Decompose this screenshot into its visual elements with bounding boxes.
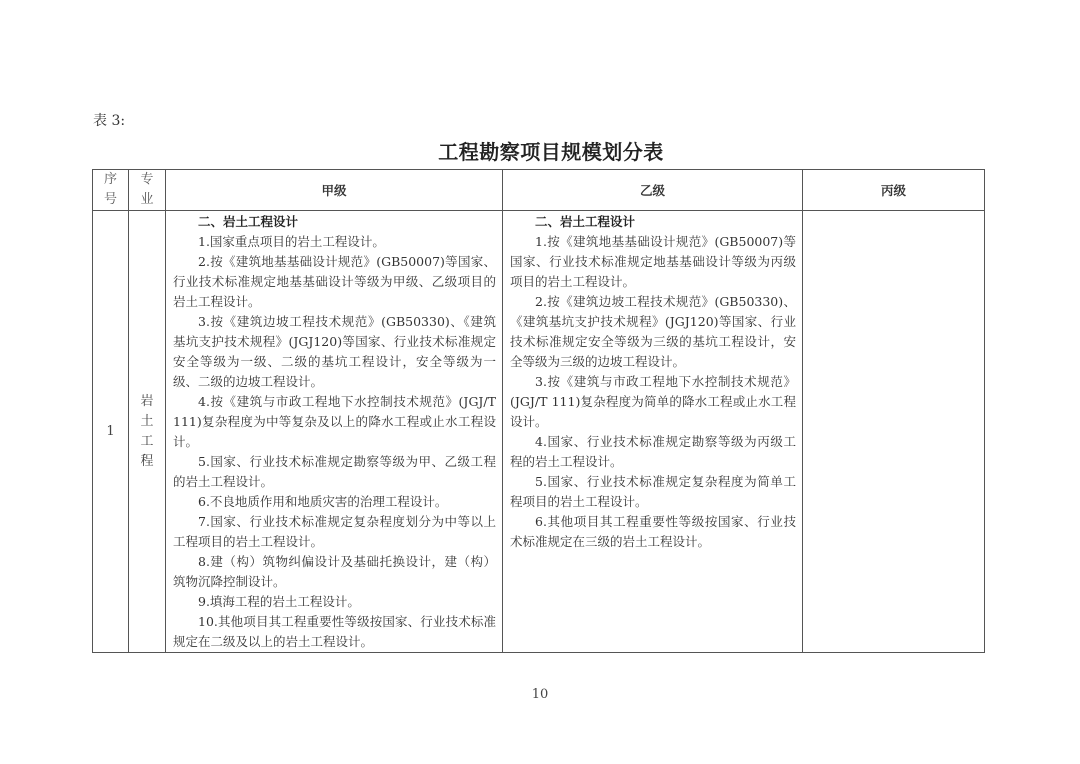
grade-a-item: 5.国家、行业技术标准规定勘察等级为甲、乙级工程的岩土工程设计。: [173, 452, 496, 492]
grade-b-item: 4.国家、行业技术标准规定勘察等级为丙级工程的岩土工程设计。: [510, 432, 796, 472]
header-specialty-label: 专业: [140, 170, 154, 210]
grade-a-item: 6.不良地质作用和地质灾害的治理工程设计。: [173, 492, 496, 512]
header-grade-c: 丙级: [803, 170, 985, 211]
grade-a-item: 7.国家、行业技术标准规定复杂程度划分为中等以上工程项目的岩土工程设计。: [173, 512, 496, 552]
page-title: 工程勘察项目规模划分表: [0, 136, 1080, 165]
grade-a-section-title: 二、岩土工程设计: [173, 212, 496, 232]
header-grade-a: 甲级: [166, 170, 503, 211]
grade-a-item: 1.国家重点项目的岩土工程设计。: [173, 232, 496, 252]
grade-b-item: 6.其他项目其工程重要性等级按国家、行业技术标准规定在三级的岩土工程设计。: [510, 512, 796, 552]
cell-grade-a: 二、岩土工程设计 1.国家重点项目的岩土工程设计。 2.按《建筑地基基础设计规范…: [166, 211, 503, 653]
grade-b-item: 3.按《建筑与市政工程地下水控制技术规范》(JGJ/T 111)复杂程度为简单的…: [510, 372, 796, 432]
grade-b-section-title: 二、岩土工程设计: [510, 212, 796, 232]
grade-a-item: 4.按《建筑与市政工程地下水控制技术规范》(JGJ/T 111)复杂程度为中等复…: [173, 392, 496, 452]
grade-b-item: 2.按《建筑边坡工程技术规范》(GB50330)、《建筑基坑支护技术规程》(JG…: [510, 292, 796, 372]
table-caption: 表 3:: [93, 110, 125, 130]
cell-grade-b: 二、岩土工程设计 1.按《建筑地基基础设计规范》(GB50007)等国家、行业技…: [503, 211, 803, 653]
specialty-label: 岩土工程: [140, 392, 154, 472]
grade-b-item: 5.国家、行业技术标准规定复杂程度为简单工程项目的岩土工程设计。: [510, 472, 796, 512]
table-header-row: 序号 专业 甲级 乙级 丙级: [93, 170, 985, 211]
grade-a-item: 10.其他项目其工程重要性等级按国家、行业技术标准规定在二级及以上的岩土工程设计…: [173, 612, 496, 652]
grade-b-item: 1.按《建筑地基基础设计规范》(GB50007)等国家、行业技术标准规定地基基础…: [510, 232, 796, 292]
header-seq: 序号: [93, 170, 129, 211]
header-grade-b: 乙级: [503, 170, 803, 211]
header-seq-label: 序号: [104, 170, 118, 210]
grade-a-item: 8.建（构）筑物纠偏设计及基础托换设计，建（构）筑物沉降控制设计。: [173, 552, 496, 592]
page-number: 10: [0, 687, 1080, 702]
cell-specialty: 岩土工程: [129, 211, 166, 653]
grade-a-item: 3.按《建筑边坡工程技术规范》(GB50330)、《建筑基坑支护技术规程》(JG…: [173, 312, 496, 392]
header-specialty: 专业: [129, 170, 166, 211]
grade-a-item: 9.填海工程的岩土工程设计。: [173, 592, 496, 612]
project-scale-table: 序号 专业 甲级 乙级 丙级 1 岩土工程 二、岩土工程设计 1.国家重点项目的…: [92, 169, 985, 653]
grade-a-item: 2.按《建筑地基基础设计规范》(GB50007)等国家、行业技术标准规定地基基础…: [173, 252, 496, 312]
cell-seq: 1: [93, 211, 129, 653]
cell-grade-c: [803, 211, 985, 653]
table-row: 1 岩土工程 二、岩土工程设计 1.国家重点项目的岩土工程设计。 2.按《建筑地…: [93, 211, 985, 653]
